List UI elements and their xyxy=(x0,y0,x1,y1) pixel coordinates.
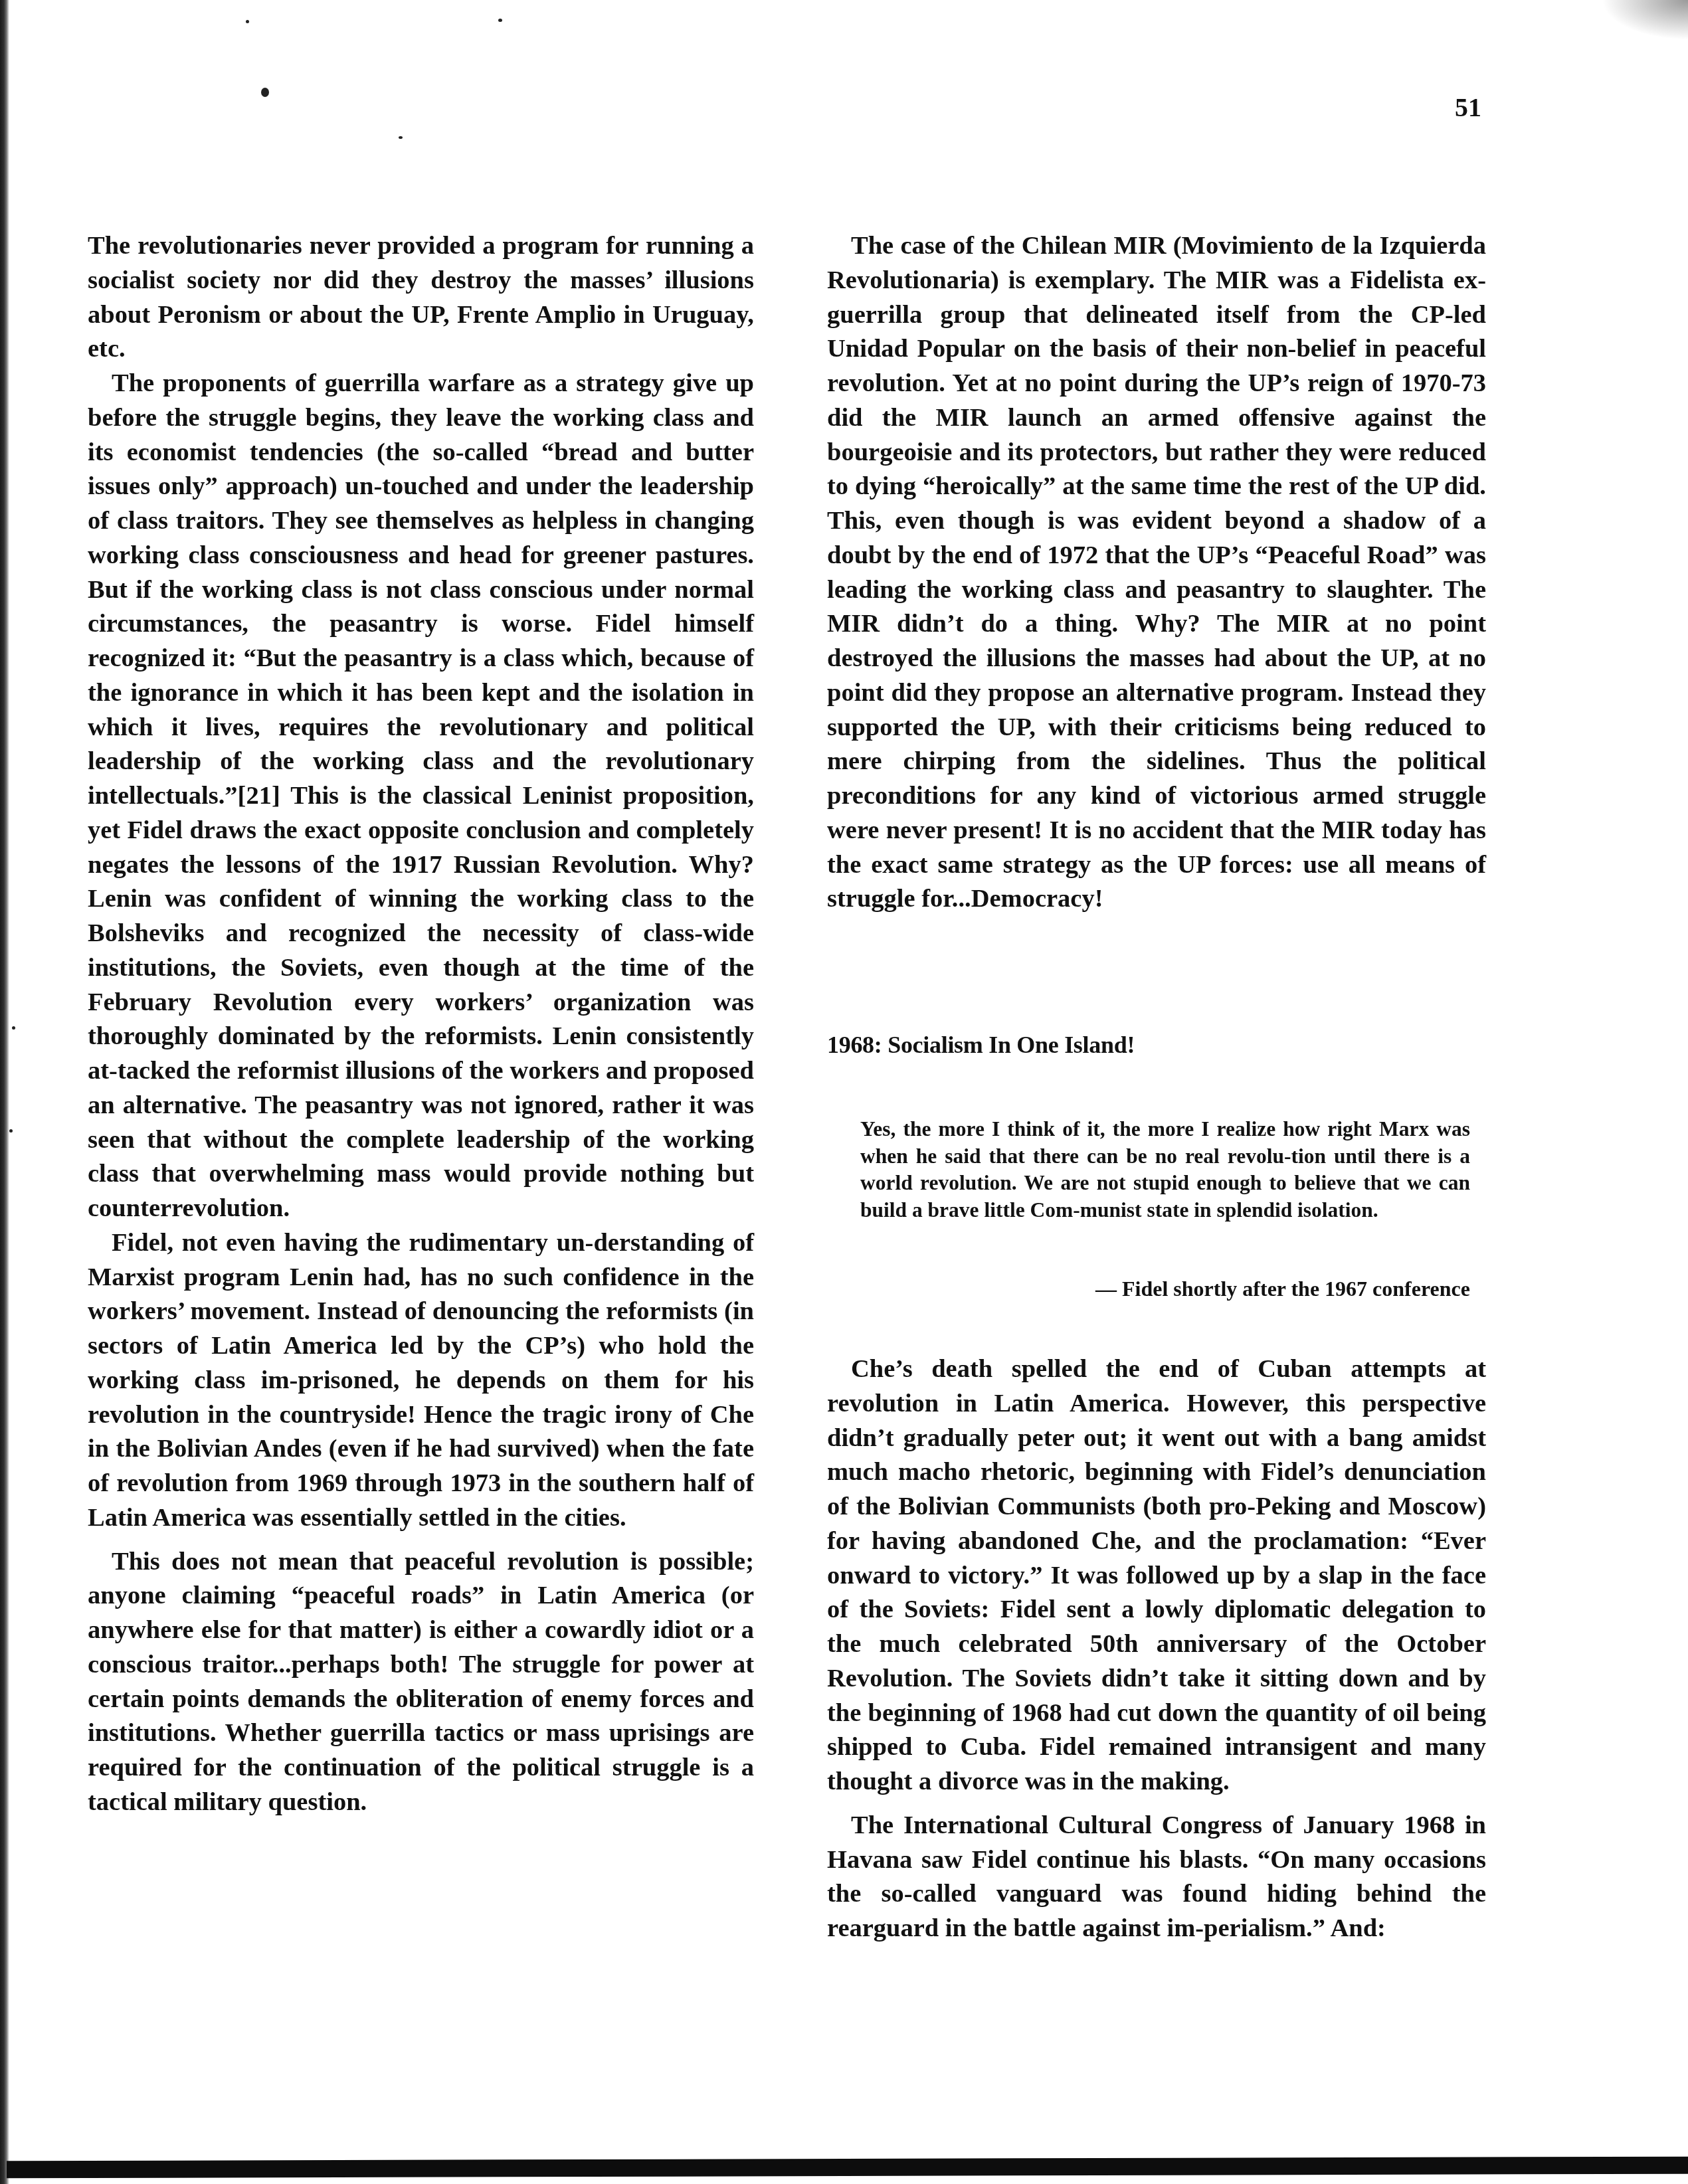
section-heading: 1968: Socialism In One Island! xyxy=(827,1031,1135,1059)
paragraph: The proponents of guerrilla warfare as a… xyxy=(88,367,754,1226)
epigraph-attribution: — Fidel shortly after the 1967 conferenc… xyxy=(860,1277,1470,1301)
left-column: The revolutionaries never provided a pro… xyxy=(88,229,754,1820)
paragraph: The revolutionaries never provided a pro… xyxy=(88,229,754,367)
scan-speck xyxy=(261,88,269,97)
paragraph: Che’s death spelled the end of Cuban att… xyxy=(827,1352,1486,1799)
scan-bottom-edge xyxy=(7,2157,1688,2179)
epigraph-quote: Yes, the more I think of it, the more I … xyxy=(860,1116,1470,1224)
scan-speck xyxy=(12,1026,15,1030)
right-column-top: The case of the Chilean MIR (Movimiento … xyxy=(827,229,1486,917)
scan-corner-shadow xyxy=(1602,0,1688,40)
paragraph: The case of the Chilean MIR (Movimiento … xyxy=(827,229,1486,917)
scan-speck xyxy=(9,1129,13,1133)
scan-left-edge xyxy=(0,0,9,2184)
paragraph: Fidel, not even having the rudimentary u… xyxy=(88,1226,754,1536)
paragraph: This does not mean that peaceful revolut… xyxy=(88,1545,754,1820)
paragraph: The International Cultural Congress of J… xyxy=(827,1809,1486,1946)
right-column-bottom: Che’s death spelled the end of Cuban att… xyxy=(827,1352,1486,1946)
scan-speck xyxy=(399,136,403,139)
scan-speck xyxy=(246,20,249,23)
page-number: 51 xyxy=(1455,92,1481,123)
scan-speck xyxy=(498,19,502,22)
